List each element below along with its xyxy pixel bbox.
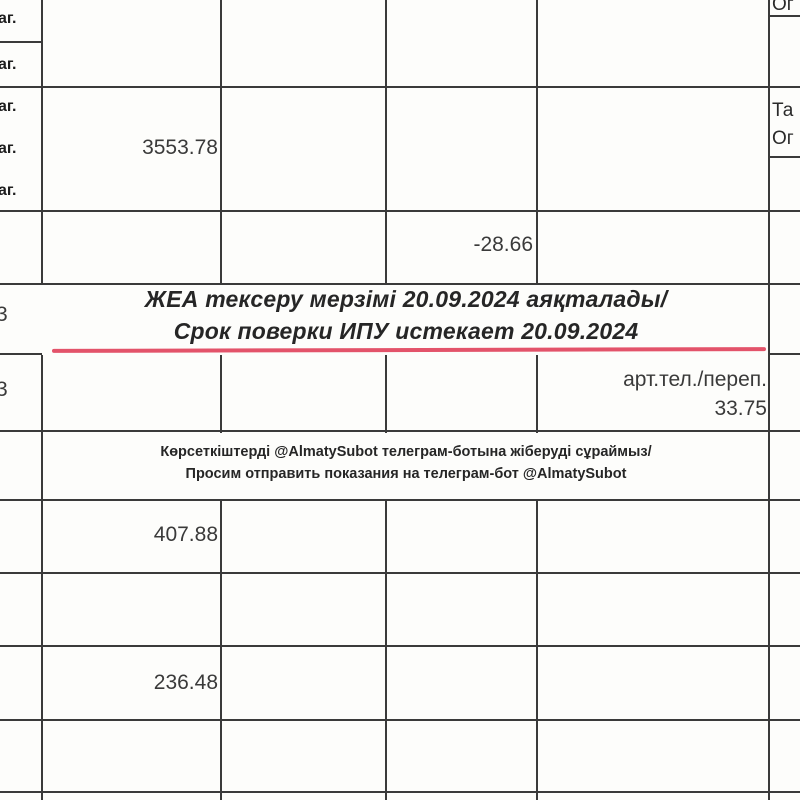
- grid-line: [220, 355, 222, 433]
- amount-value: 3553.78: [142, 136, 218, 160]
- unit-label: аг.: [0, 140, 16, 158]
- unit-label: аг.: [0, 56, 16, 74]
- verification-notice-ru: Срок поверки ИПУ истекает 20.09.2024: [44, 315, 768, 348]
- unit-label: аг.: [0, 98, 16, 116]
- telegram-request-kk: Көрсеткіштерді @AlmatySubot телеграм-бот…: [44, 442, 768, 463]
- verification-notice-kk: ЖЕА тексеру мерзімі 20.09.2024 аяқталады…: [44, 283, 768, 316]
- grid-line: [0, 719, 800, 721]
- amount-value: 407.88: [154, 523, 218, 547]
- grid-line: [0, 210, 800, 212]
- grid-line: [536, 355, 538, 433]
- telegram-request-ru: Просим отправить показания на телеграм-б…: [44, 464, 768, 485]
- partial-cell-text: Ог: [772, 128, 794, 150]
- partial-cell-text: 3: [0, 303, 8, 327]
- unit-label: аг.: [0, 10, 16, 28]
- amount-value: -28.66: [473, 233, 533, 257]
- partial-cell-text: Та: [772, 100, 793, 122]
- grid-line: [385, 0, 387, 285]
- grid-line: [536, 0, 538, 285]
- grid-line: [768, 0, 770, 800]
- unit-label: аг.: [0, 182, 16, 200]
- grid-line: [768, 156, 800, 158]
- red-underline: [52, 347, 766, 353]
- partial-cell-text: Ог: [772, 0, 794, 16]
- grid-line: [0, 572, 800, 574]
- grid-line: [0, 86, 800, 88]
- amount-value: 33.75: [714, 397, 767, 421]
- grid-line: [0, 791, 800, 793]
- grid-line: [0, 499, 800, 501]
- grid-line: [41, 430, 43, 800]
- grid-line: [220, 0, 222, 285]
- grid-line: [385, 355, 387, 433]
- grid-line: [0, 353, 42, 355]
- grid-line: [0, 645, 800, 647]
- art-tel-label: арт.тел./переп.: [623, 368, 767, 392]
- grid-line: [0, 430, 800, 432]
- grid-line: [536, 500, 538, 800]
- grid-line: [768, 353, 800, 355]
- utility-bill-table: аг. аг. аг. аг. аг. 3 3 Ог Та Ог 3553.78…: [0, 0, 800, 800]
- amount-value: 236.48: [154, 671, 218, 695]
- grid-line: [385, 500, 387, 800]
- grid-line: [0, 41, 42, 43]
- grid-line: [220, 500, 222, 800]
- grid-line: [41, 355, 43, 433]
- partial-cell-text: 3: [0, 378, 8, 402]
